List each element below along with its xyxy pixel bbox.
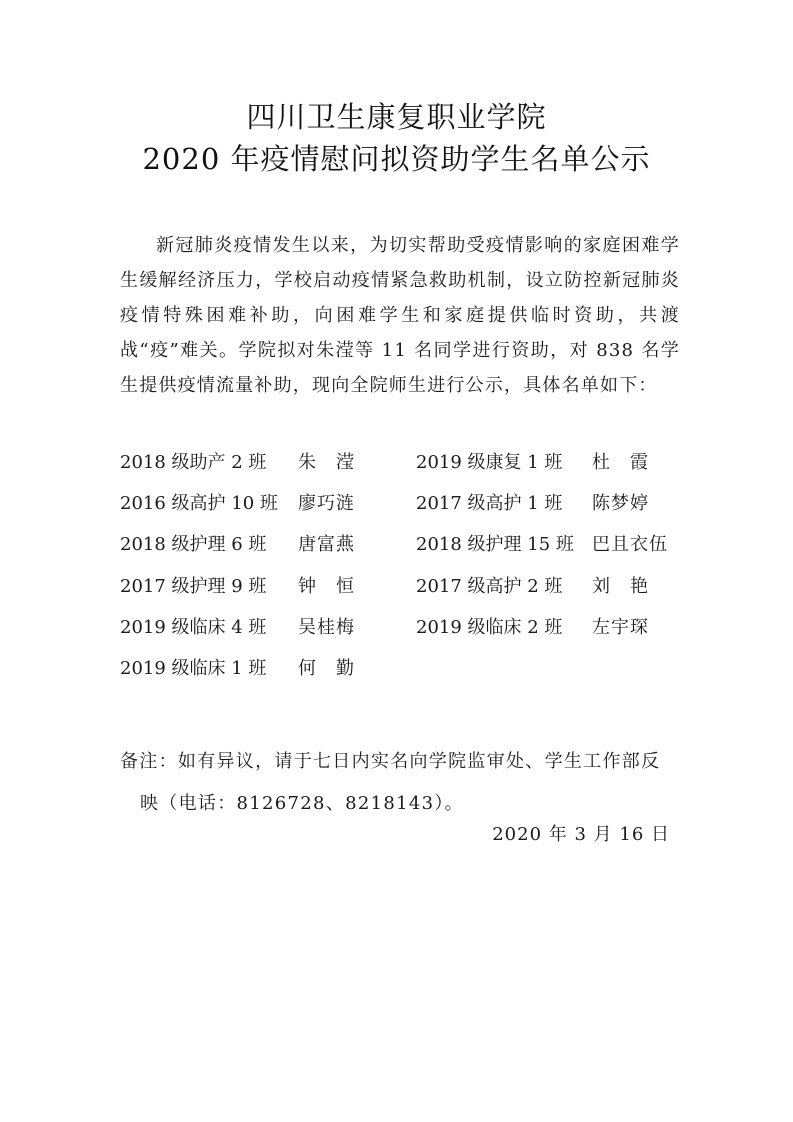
student-name: 左宇琛: [592, 615, 649, 641]
student-class: 2019 级临床 2 班: [416, 615, 562, 641]
publish-date: 2020 年 3 月 16 日: [490, 822, 670, 848]
remark-note: 备注：如有异议，请于七日内实名向学院监审处、学生工作部反 映（电话：812672…: [120, 741, 690, 825]
remark-line-1: 备注：如有异议，请于七日内实名向学院监审处、学生工作部反: [120, 751, 660, 772]
student-class: 2016 级高护 10 班: [120, 491, 278, 517]
student-name: 廖巧涟: [298, 491, 355, 517]
student-class: 2019 级康复 1 班: [416, 450, 562, 476]
student-name: 朱 滢: [298, 450, 355, 476]
student-class: 2017 级护理 9 班: [120, 574, 266, 600]
student-name: 钟 恒: [298, 574, 355, 600]
student-class: 2017 级高护 2 班: [416, 574, 562, 600]
student-class: 2017 级高护 1 班: [416, 491, 562, 517]
student-class: 2019 级临床 4 班: [120, 615, 266, 641]
student-name: 吴桂梅: [298, 615, 355, 641]
student-class: 2018 级护理 15 班: [416, 532, 574, 558]
student-name: 刘 艳: [592, 574, 649, 600]
student-name: 陈梦婷: [592, 491, 649, 517]
student-class: 2018 级护理 6 班: [120, 532, 266, 558]
remark-line-2: 映（电话：8126728、8218143）。: [120, 783, 690, 825]
student-class: 2019 级临床 1 班: [120, 656, 266, 682]
intro-paragraph: 新冠肺炎疫情发生以来，为切实帮助受疫情影响的家庭困难学生缓解经济压力，学校启动疫…: [120, 228, 680, 403]
document-page: 四川卫生康复职业学院 2020 年疫情慰问拟资助学生名单公示 新冠肺炎疫情发生以…: [0, 0, 793, 1122]
document-title-notice: 2020 年疫情慰问拟资助学生名单公示: [0, 145, 793, 174]
student-name: 杜 霞: [592, 450, 649, 476]
student-name: 唐富燕: [298, 532, 355, 558]
student-name: 巴且衣伍: [592, 532, 668, 558]
student-name: 何 勤: [298, 656, 355, 682]
document-title-institution: 四川卫生康复职业学院: [0, 103, 793, 132]
student-class: 2018 级助产 2 班: [120, 450, 266, 476]
